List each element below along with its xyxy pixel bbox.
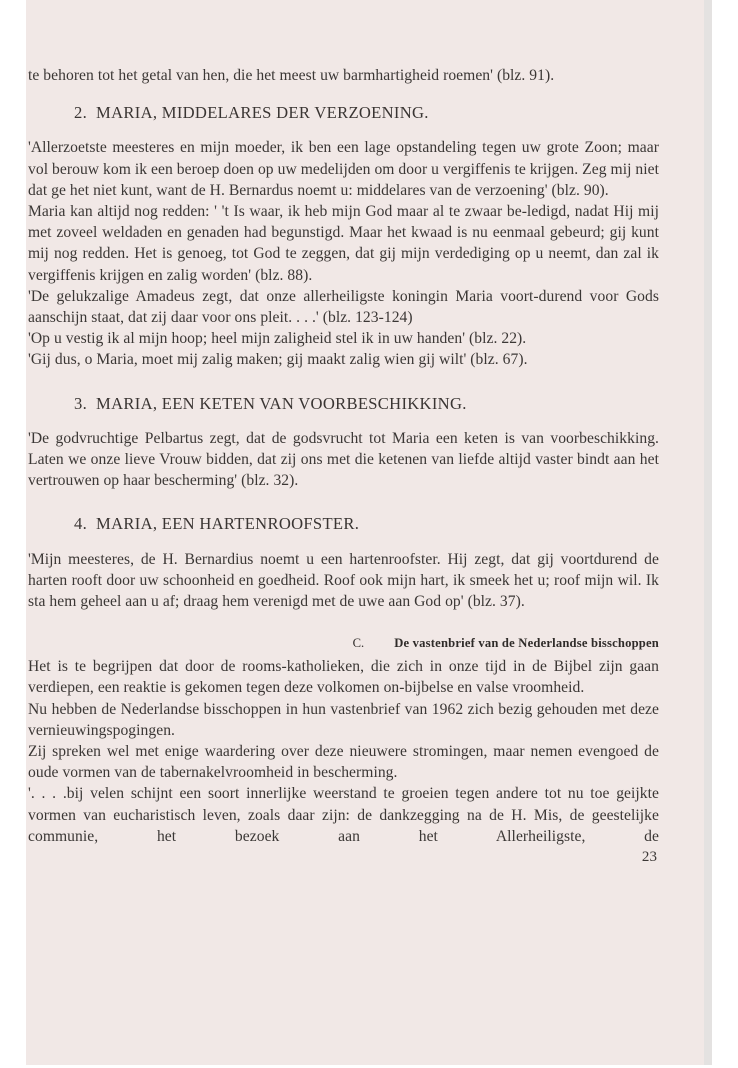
section-title: MARIA, EEN KETEN VAN VOORBESCHIKKING. xyxy=(96,394,467,413)
paragraph: 'De godvruchtige Pelbartus zegt, dat de … xyxy=(28,428,659,492)
section-number: 3. xyxy=(74,394,87,413)
paragraph: Het is te begrijpen dat door de rooms-ka… xyxy=(28,656,659,698)
page-content: te behoren tot het getal van hen, die he… xyxy=(28,65,659,867)
section-c-heading: C.De vastenbrief van de Nederlandse biss… xyxy=(28,634,659,652)
section-number: 2. xyxy=(74,103,87,122)
section-letter: C. xyxy=(353,636,365,650)
section-heading-2: 2.MARIA, MIDDELARES DER VERZOENING. xyxy=(28,102,659,123)
paragraph: Nu hebben de Nederlandse bisschoppen in … xyxy=(28,699,659,741)
section-title: MARIA, MIDDELARES DER VERZOENING. xyxy=(96,103,429,122)
section-number: 4. xyxy=(74,514,87,533)
paragraph: 'Gij dus, o Maria, moet mij zalig maken;… xyxy=(28,349,659,370)
paragraph: 'Op u vestig ik al mijn hoop; heel mijn … xyxy=(28,328,659,349)
intro-paragraph: te behoren tot het getal van hen, die he… xyxy=(28,65,659,86)
section-c-title: De vastenbrief van de Nederlandse bissch… xyxy=(394,636,659,650)
paragraph: 'Allerzoetste meesteres en mijn moeder, … xyxy=(28,137,659,201)
page-edge-shadow xyxy=(704,0,712,1065)
paragraph: Maria kan altijd nog redden: ' 't Is waa… xyxy=(28,201,659,286)
page-number: 23 xyxy=(28,847,659,867)
section-title: MARIA, EEN HARTENROOFSTER. xyxy=(96,514,359,533)
section-heading-4: 4.MARIA, EEN HARTENROOFSTER. xyxy=(28,513,659,534)
paragraph: 'De gelukzalige Amadeus zegt, dat onze a… xyxy=(28,286,659,328)
paragraph: Zij spreken wel met enige waardering ove… xyxy=(28,741,659,783)
paragraph: '. . . .bij velen schijnt een soort inne… xyxy=(28,783,659,847)
paragraph: 'Mijn meesteres, de H. Bernardius noemt … xyxy=(28,549,659,613)
section-heading-3: 3.MARIA, EEN KETEN VAN VOORBESCHIKKING. xyxy=(28,393,659,414)
